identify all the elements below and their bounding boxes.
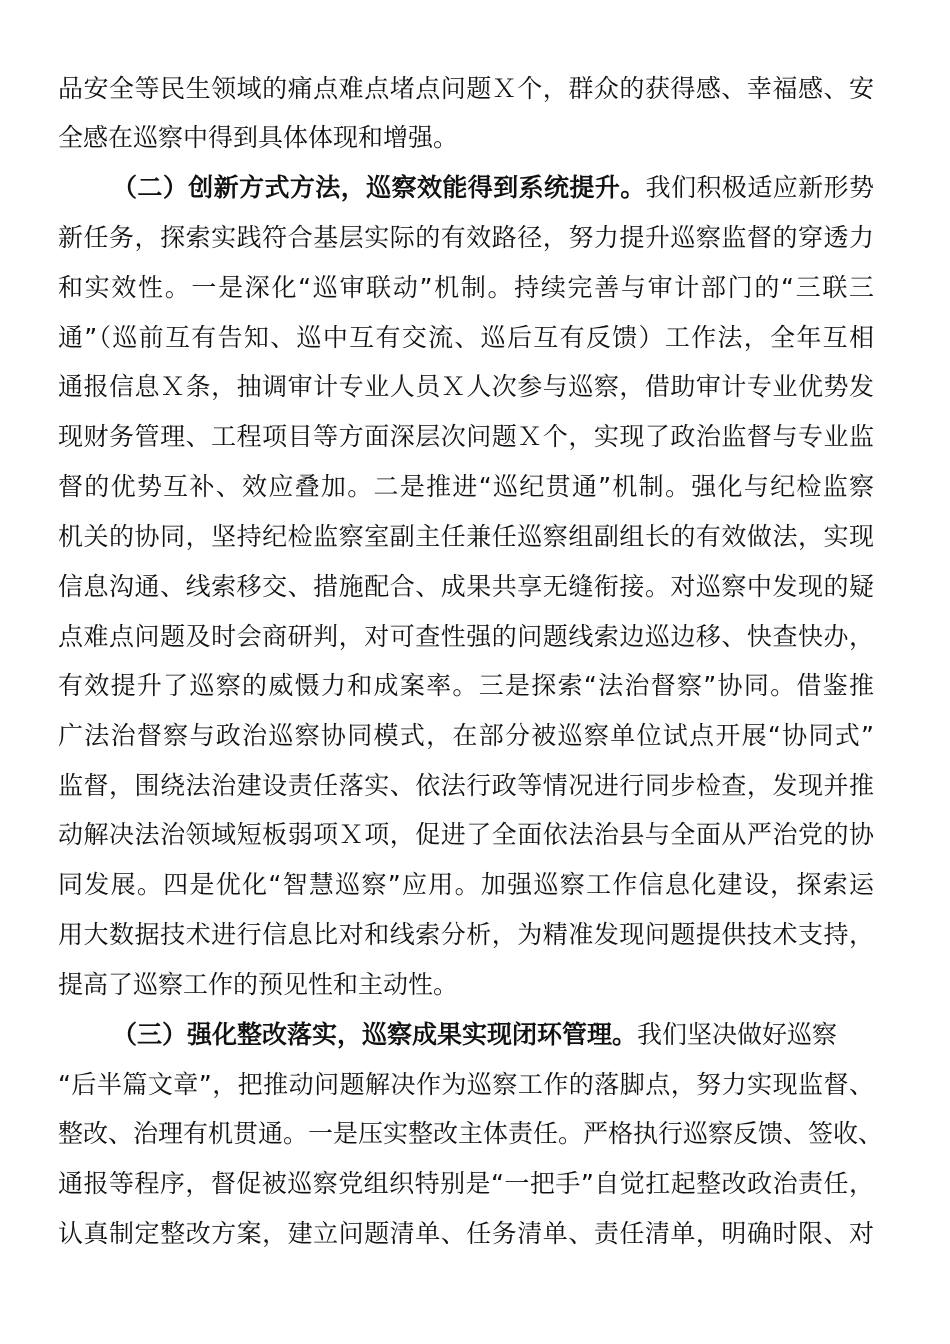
body-text: 我们积极适应新形势 xyxy=(646,173,874,202)
body-line: “后半篇文章”，把推动问题解决作为巡察工作的落脚点，努力实现监督、 xyxy=(58,1068,874,1102)
body-line: 通报信息Ｘ条，抽调审计专业人员Ｘ人次参与巡察，借助审计专业优势发 xyxy=(58,370,874,404)
document-page: 品安全等民生领域的痛点难点堵点问题Ｘ个，群众的获得感、幸福感、安 全感在巡察中得… xyxy=(0,0,950,1344)
body-line: 有效提升了巡察的威慑力和成案率。三是探索“法治督察”协同。借鉴推 xyxy=(58,669,874,703)
body-line: 通”（巡前互有告知、巡中互有交流、巡后互有反馈）工作法，全年互相 xyxy=(58,321,874,355)
body-line: 提高了巡察工作的预见性和主动性。 xyxy=(58,968,874,1002)
body-line: 同发展。四是优化“智慧巡察”应用。加强巡察工作信息化建设，探索运 xyxy=(58,868,874,902)
body-line: 监督，围绕法治建设责任落实、依法行政等情况进行同步检查，发现并推 xyxy=(58,769,874,803)
body-line: 通报等程序，督促被巡察党组织特别是“一把手”自觉扛起整改政治责任， xyxy=(58,1167,874,1201)
body-line: 整改、治理有机贯通。一是压实整改主体责任。严格执行巡察反馈、签收、 xyxy=(58,1117,874,1151)
body-line: 点难点问题及时会商研判，对可查性强的问题线索边巡边移、快查快办， xyxy=(58,620,874,654)
body-line: 动解决法治领域短板弱项Ｘ项，促进了全面依法治县与全面从严治党的协 xyxy=(58,818,874,852)
section-heading-line: （三）强化整改落实，巡察成果实现闭环管理。我们坚决做好巡察 xyxy=(112,1018,874,1052)
body-line: 广法治督察与政治巡察协同模式，在部分被巡察单位试点开展“协同式” xyxy=(58,719,874,753)
body-line: 信息沟通、线索移交、措施配合、成果共享无缝衔接。对巡察中发现的疑 xyxy=(58,570,874,604)
section-heading-3: （三）强化整改落实，巡察成果实现闭环管理。 xyxy=(112,1020,637,1049)
section-heading-2: （二）创新方式方法，巡察效能得到系统提升。 xyxy=(112,173,646,202)
body-line: 新任务，探索实践符合基层实际的有效路径，努力提升巡察监督的穿透力 xyxy=(58,221,874,255)
body-line: 品安全等民生领域的痛点难点堵点问题Ｘ个，群众的获得感、幸福感、安 xyxy=(58,72,874,106)
body-line: 督的优势互补、效应叠加。二是推进“巡纪贯通”机制。强化与纪检监察 xyxy=(58,470,874,504)
body-line: 全感在巡察中得到具体体现和增强。 xyxy=(58,121,874,155)
body-line: 机关的协同，坚持纪检监察室副主任兼任巡察组副组长的有效做法，实现 xyxy=(58,520,874,554)
body-text: 我们坚决做好巡察 xyxy=(637,1020,837,1049)
body-line: 认真制定整改方案，建立问题清单、任务清单、责任清单，明确时限、对 xyxy=(58,1217,874,1251)
body-line: 用大数据技术进行信息比对和线索分析，为精准发现问题提供技术支持， xyxy=(58,918,874,952)
body-line: 和实效性。一是深化“巡审联动”机制。持续完善与审计部门的“三联三 xyxy=(58,271,874,305)
section-heading-line: （二）创新方式方法，巡察效能得到系统提升。我们积极适应新形势 xyxy=(112,171,874,205)
body-line: 现财务管理、工程项目等方面深层次问题Ｘ个，实现了政治监督与专业监 xyxy=(58,420,874,454)
